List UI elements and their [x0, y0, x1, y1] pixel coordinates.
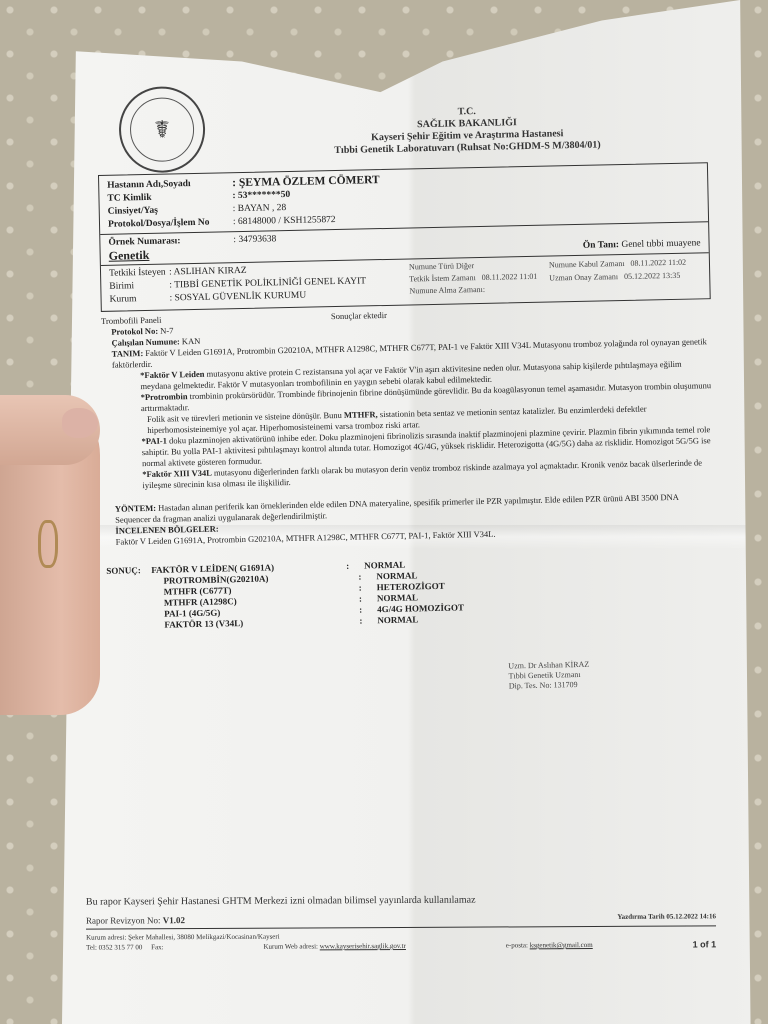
caduceus-emblem-icon: ☤	[129, 97, 194, 162]
print-date-value: 05.12.2022 14:16	[666, 912, 716, 920]
collect-time-label: Numune Alma Zamanı:	[409, 283, 549, 298]
request-time-value: 08.11.2022 11:01	[482, 272, 538, 282]
mthfr-heading: MTHFR,	[344, 409, 378, 420]
method-label: YÖNTEM:	[115, 503, 156, 514]
unit-label: Birimi	[109, 280, 169, 294]
print-date-label: Yazdırma Tarih	[617, 913, 664, 921]
email-link[interactable]: ksgenetik@gmail.com	[530, 941, 593, 949]
definition-label: TANIM:	[112, 348, 144, 359]
ministry-logo: ☤	[118, 86, 206, 174]
protocol-label: Protokol/Dosya/İşlem No	[108, 216, 233, 232]
thumbnail	[62, 408, 98, 438]
diagnosis-label: Ön Tanı:	[583, 240, 619, 251]
disclaimer: Bu rapor Kayseri Şehir Hastanesi GHTM Me…	[86, 893, 716, 907]
address: Kurum adresi: Şeker Mahallesi, 38080 Mel…	[86, 932, 280, 943]
result-value: HETEROZİGOT	[377, 581, 445, 593]
requester-label: Tetkiki İsteyen	[109, 267, 169, 281]
result-colon: :	[358, 571, 376, 582]
panel-protocol-value: N-7	[160, 325, 173, 335]
revision-value: V1.02	[163, 915, 185, 925]
factor-xiii-heading: *Faktör XIII V34L	[142, 468, 212, 479]
institution-label: Kurum	[109, 293, 169, 307]
request-time-label: Tetkik İstem Zamanı	[409, 273, 476, 283]
method-section: YÖNTEM: Hastadan alınan periferik kan ör…	[105, 491, 716, 548]
result-colon: :	[359, 593, 377, 604]
approve-time-value: 05.12.2022 13:35	[624, 271, 680, 281]
result-colon: :	[359, 615, 377, 626]
report-header: ☤ T.C. SAĞLIK BAKANLIĞI Kayseri Şehir Eğ…	[96, 67, 708, 175]
web-label: Kurum Web adresi:	[263, 942, 318, 950]
factor-v-heading: *Faktör V Leiden	[140, 369, 204, 380]
department-title: Genetik	[109, 247, 234, 263]
result-value: NORMAL	[377, 592, 418, 604]
web-link[interactable]: www.kayserisehir.saglik.gov.tr	[320, 942, 406, 950]
panel-protocol-label: Protokol No:	[111, 326, 158, 337]
results-label: SONUÇ:	[106, 565, 152, 632]
result-colon: :	[346, 560, 364, 571]
email-label: e-posta:	[506, 941, 528, 949]
prothrombin-heading: *Protrombin	[141, 391, 188, 402]
accept-time-value: 08.11.2022 11:02	[630, 258, 686, 268]
report-footer: Bu rapor Kayseri Şehir Hastanesi GHTM Me…	[86, 893, 716, 952]
pai1-heading: *PAI-1	[141, 436, 167, 447]
patient-info-box: Hastanın Adı,Soyadı: ŞEYMA ÖZLEM CÖMERT …	[98, 162, 711, 312]
results-section: SONUÇ:FAKTÖR V LEİDEN( G1691A):NORMALPRO…	[106, 553, 717, 632]
page-number: 1 of 1	[693, 939, 717, 949]
revision-label: Rapor Revizyon No:	[86, 915, 161, 925]
result-colon: :	[359, 604, 377, 615]
panel-sample-value: KAN	[182, 336, 201, 346]
phone: Tel: 0352 315 77 00	[86, 943, 142, 951]
report-content: ☤ T.C. SAĞLIK BAKANLIĞI Kayseri Şehir Eğ…	[96, 67, 719, 700]
result-colon: :	[359, 582, 377, 593]
fax: Fax:	[151, 943, 163, 951]
ring	[38, 520, 58, 568]
diagnosis-value: Genel tıbbi muayene	[621, 238, 700, 250]
result-value: 4G/4G HOMOZİGOT	[377, 602, 464, 615]
panel-note: Sonuçlar ektedir	[331, 310, 387, 322]
result-value: NORMAL	[364, 560, 405, 572]
signature-block: Uzm. Dr Aslıhan KİRAZ Tıbbi Genetik Uzma…	[508, 657, 719, 691]
panel-section: Trombofili PaneliSonuçlar ektedir Protok…	[101, 303, 715, 492]
institution-value: : SOSYAL GÜVENLİK KURUMU	[169, 290, 306, 306]
result-value: NORMAL	[376, 570, 417, 582]
result-value: NORMAL	[377, 614, 418, 626]
approve-time-label: Uzman Onay Zamanı	[549, 272, 618, 282]
organization-title: T.C. SAĞLIK BAKANLIĞI Kayseri Şehir Eğit…	[287, 102, 648, 158]
panel-sample-label: Çalışılan Numune:	[111, 336, 179, 347]
accept-time-label: Numune Kabul Zamanı	[549, 259, 625, 270]
